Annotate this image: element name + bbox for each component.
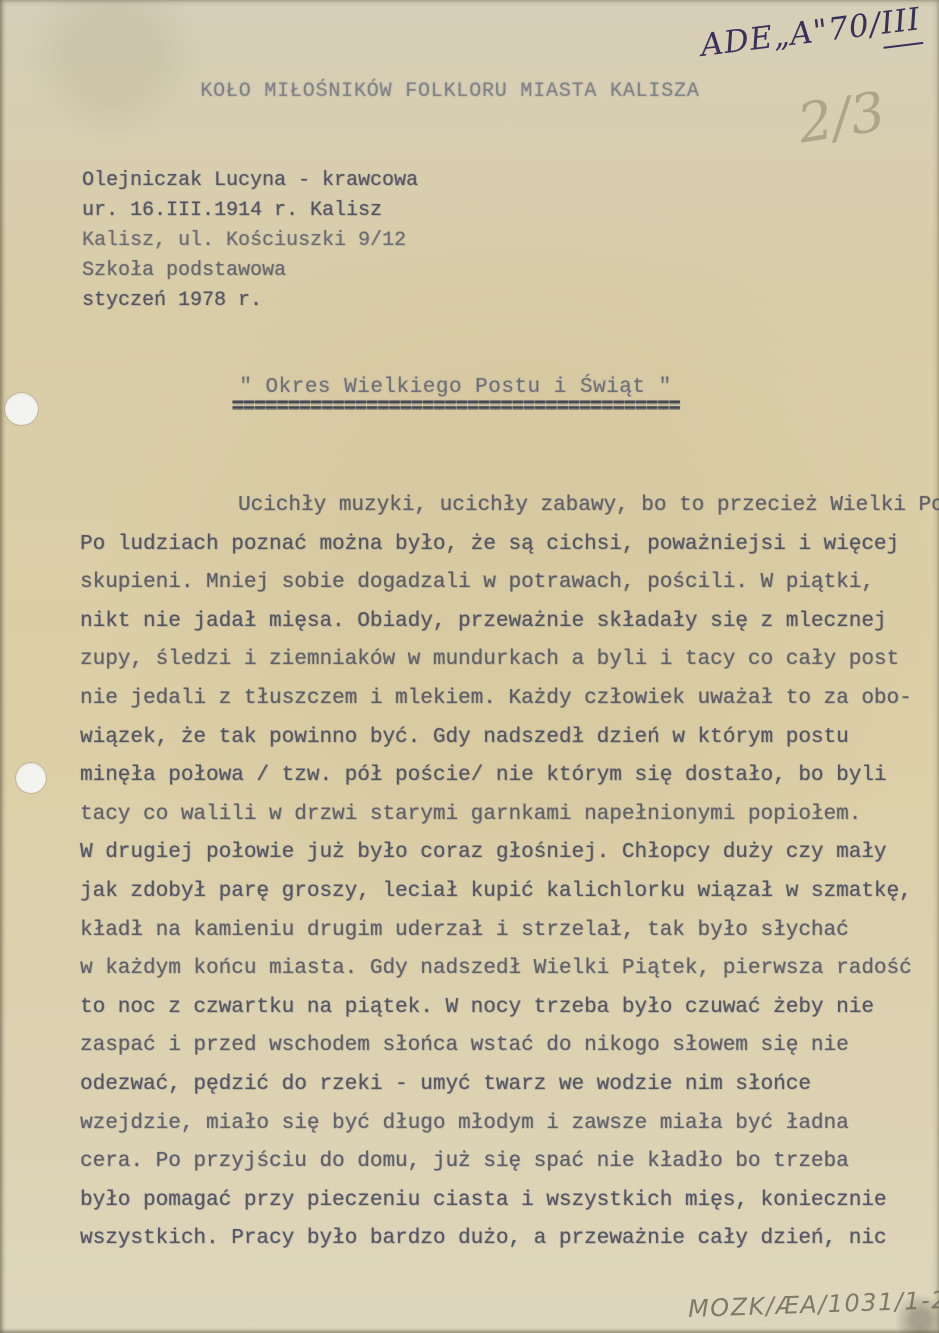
body-line: odezwać, pędzić do rzeki - umyć twarz we… bbox=[80, 1066, 925, 1105]
body-line: wszystkich. Pracy było bardzo dużo, a pr… bbox=[80, 1220, 925, 1259]
scanned-document-page: ADE„A"70/III 2/3 KOŁO MIŁOŚNIKÓW FOLKLOR… bbox=[0, 0, 939, 1333]
hole-punch-bottom bbox=[16, 763, 46, 793]
body-line: tacy co walili w drzwi starymi garnkami … bbox=[80, 796, 925, 835]
body-line: nie jedali z tłuszczem i mlekiem. Każdy … bbox=[80, 680, 925, 719]
organization-stamp: KOŁO MIŁOŚNIKÓW FOLKLORU MIASTA KALISZA bbox=[0, 80, 900, 103]
author-name-line: Olejniczak Lucyna - krawcowa bbox=[82, 166, 418, 196]
title-underline: ======================================== bbox=[0, 400, 911, 416]
body-line: to noc z czwartku na piątek. W nocy trze… bbox=[80, 989, 925, 1028]
body-line: minęła połowa / tzw. pół poście/ nie któ… bbox=[80, 757, 925, 796]
body-line: zaspać i przed wschodem słońca wstać do … bbox=[80, 1027, 925, 1066]
body-line: W drugiej połowie już było coraz głośnie… bbox=[80, 834, 925, 873]
document-date-line: styczeń 1978 r. bbox=[82, 286, 418, 316]
body-paragraph: Ucichły muzyki, ucichły zabawy, bo to pr… bbox=[80, 487, 925, 1259]
author-education-line: Szkoła podstawowa bbox=[82, 256, 418, 286]
body-line: wiązek, że tak powinno być. Gdy nadszedł… bbox=[80, 719, 925, 758]
author-block: Olejniczak Lucyna - krawcowa ur. 16.III.… bbox=[82, 166, 418, 316]
author-birth-line: ur. 16.III.1914 r. Kalisz bbox=[82, 196, 418, 226]
body-line: zupy, śledzi i ziemniaków w mundurkach a… bbox=[80, 641, 925, 680]
author-address-line: Kalisz, ul. Kościuszki 9/12 bbox=[82, 226, 418, 256]
body-line: w każdym końcu miasta. Gdy nadszedł Wiel… bbox=[80, 950, 925, 989]
body-line: kładł na kamieniu drugim uderzał i strze… bbox=[80, 912, 925, 951]
body-line: skupieni. Mniej sobie dogadzali w potraw… bbox=[80, 564, 925, 603]
body-line: cera. Po przyjściu do domu, już się spać… bbox=[80, 1143, 925, 1182]
body-line: nikt nie jadał mięsa. Obiady, przeważnie… bbox=[80, 603, 925, 642]
body-line: wzejdzie, miało się być długo młodym i z… bbox=[80, 1105, 925, 1144]
archive-ref-top-roman-numeral: III bbox=[879, 1, 924, 49]
body-line: Ucichły muzyki, ucichły zabawy, bo to pr… bbox=[80, 487, 925, 526]
title-block: " Okres Wielkiego Postu i Świąt " ======… bbox=[0, 376, 911, 416]
body-line: było pomagać przy pieczeniu ciasta i wsz… bbox=[80, 1182, 925, 1221]
body-line: jak zdobył parę groszy, leciał kupić kal… bbox=[80, 873, 925, 912]
body-line: Po ludziach poznać można było, że są cic… bbox=[80, 526, 925, 565]
